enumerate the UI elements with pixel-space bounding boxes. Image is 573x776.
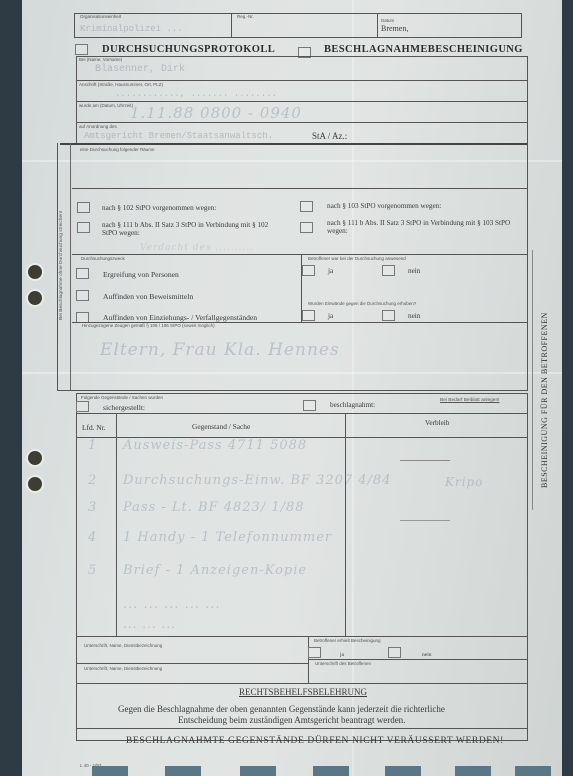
- purpose-persons-checkbox[interactable]: [76, 268, 89, 279]
- col-header-item: Gegenstand / Sache: [192, 423, 250, 431]
- presence-yes-label: ja: [328, 268, 333, 276]
- col-header-location: Verbleib: [425, 420, 449, 428]
- par103-checkbox[interactable]: [300, 201, 313, 212]
- date-value[interactable]: Bremen,: [381, 25, 408, 34]
- secured-label: sichergestellt:: [103, 404, 145, 412]
- objection-yes-label: ja: [328, 313, 333, 321]
- legal-line2: Entscheidung beim zuständigen Amtsgerich…: [178, 716, 405, 726]
- date-label: Datum: [381, 18, 394, 23]
- protocol-checkbox[interactable]: [75, 44, 88, 55]
- secured-checkbox[interactable]: [76, 401, 89, 412]
- reg-label: Reg.-Nr.: [237, 14, 254, 19]
- received-no-checkbox[interactable]: [388, 647, 401, 658]
- objection-no-label: nein: [408, 313, 420, 321]
- received-yes-label: ja: [340, 652, 344, 658]
- purpose-label: Durchsuchungszweck: [81, 256, 125, 261]
- presence-no-checkbox[interactable]: [382, 265, 395, 276]
- side-note-right: BESCHEINIGUNG FÜR DEN BETROFFENEN: [540, 312, 549, 488]
- purpose-evidence-label: Auffinden von Beweismitteln: [103, 293, 193, 301]
- supplement-hint: Bei Bedarf Beiblatt anlegen!: [440, 398, 499, 403]
- presence-label: Betroffener war bei der Durchsuchung anw…: [308, 256, 406, 261]
- punch-hole-icon: [28, 477, 42, 491]
- witnesses-value[interactable]: Eltern, Frau Kla. Hennes: [100, 340, 340, 360]
- presence-no-label: nein: [408, 268, 420, 276]
- address-label: Anschrift (Straße, Hausnummer, Ort, PLZ): [79, 82, 163, 87]
- col-header-nr: Lfd. Nr.: [82, 424, 106, 432]
- rooms-label: eine Durchsuchung folgender Räume: [80, 147, 155, 152]
- signature2-label: Unterschrift, Name, Dienstbezeichnung: [84, 666, 162, 671]
- org-label: Organisationseinheit: [80, 14, 121, 19]
- par111b-102-label: nach § 111 b Abs. II Satz 3 StPO in Verb…: [102, 222, 282, 238]
- order-value[interactable]: Amtsgericht Bremen/Staatsanwaltsch.: [84, 131, 273, 141]
- warning-text: BESCHLAGNAHMTE GEGENSTÄNDE DÜRFEN NICHT …: [126, 736, 504, 746]
- certificate-title: BESCHLAGNAHMEBESCHEINIGUNG: [324, 44, 523, 55]
- fold-crease: [22, 160, 562, 162]
- tablecloth-pattern: [515, 766, 551, 776]
- purpose-evidence-checkbox[interactable]: [76, 290, 89, 301]
- par111b-103-checkbox[interactable]: [300, 222, 313, 233]
- seized-label: beschlagnahmt:: [330, 402, 375, 410]
- purpose-persons-label: Ergreifung von Personen: [103, 271, 179, 279]
- tablecloth-pattern: [455, 766, 491, 776]
- par111b-103-label: nach § 111 b Abs. II Satz 3 StPO in Verb…: [327, 220, 512, 236]
- presence-yes-checkbox[interactable]: [302, 265, 315, 276]
- address-value[interactable]: ............, ....... ........: [115, 89, 277, 99]
- objection-yes-checkbox[interactable]: [302, 310, 315, 321]
- protocol-title: DURCHSUCHUNGSPROTOKOLL: [102, 44, 275, 55]
- signature1-label: Unterschrift, Name, Dienstbezeichnung: [84, 643, 162, 648]
- seized-checkbox[interactable]: [303, 400, 316, 411]
- order-label: auf Anordnung des: [79, 124, 117, 129]
- punch-hole-icon: [28, 291, 42, 305]
- punch-hole-icon: [28, 265, 42, 279]
- tablecloth-pattern: [385, 766, 421, 776]
- received-no-label: nein: [422, 652, 431, 658]
- par102-label: nach § 102 StPO vorgenommen wegen:: [102, 205, 216, 213]
- received-yes-checkbox[interactable]: [308, 647, 321, 658]
- witnesses-label: Hinzugezogene Zeugen gemäß § 105 / 106 S…: [82, 323, 215, 328]
- received-label: Betroffener erhielt Bescheinigung: [314, 638, 380, 643]
- side-note-left: Bei Beschlagnahme ohne Durchsuchung stre…: [59, 211, 64, 320]
- fold-crease: [22, 372, 562, 374]
- objection-no-checkbox[interactable]: [382, 310, 395, 321]
- items-section-label: Folgende Gegenstände / Sachen wurden: [81, 395, 163, 400]
- par111b-102-checkbox[interactable]: [77, 222, 90, 233]
- name-label: Bei (Name, Vorname): [79, 57, 122, 62]
- par102-checkbox[interactable]: [77, 202, 90, 213]
- tablecloth-pattern: [165, 766, 201, 776]
- org-value[interactable]: Kriminalpolizei ...: [80, 24, 183, 34]
- legal-heading: RECHTSBEHELFSBELEHRUNG: [239, 688, 367, 698]
- reason-value[interactable]: Verdacht des ..........: [140, 243, 254, 253]
- affected-signature-label: Unterschrift des Betroffenen: [315, 661, 371, 666]
- legal-line1: Gegen die Beschlagnahme der oben genannt…: [118, 705, 445, 715]
- name-value[interactable]: Blasenner, Dirk: [95, 64, 185, 75]
- tablecloth-pattern: [313, 766, 349, 776]
- searched-date-label: wurde am (Datum, Uhrzeit): [79, 103, 133, 108]
- sta-label: StA / Az.:: [312, 132, 347, 142]
- objection-label: Wurden Einwände gegen die Durchsuchung e…: [308, 301, 416, 306]
- par103-label: nach § 103 StPO vorgenommen wegen:: [327, 203, 441, 211]
- tablecloth-pattern: [92, 766, 128, 776]
- tablecloth-pattern: [240, 766, 276, 776]
- punch-hole-icon: [28, 451, 42, 465]
- searched-date-value[interactable]: 1.11.88 0800 - 0940: [130, 104, 302, 122]
